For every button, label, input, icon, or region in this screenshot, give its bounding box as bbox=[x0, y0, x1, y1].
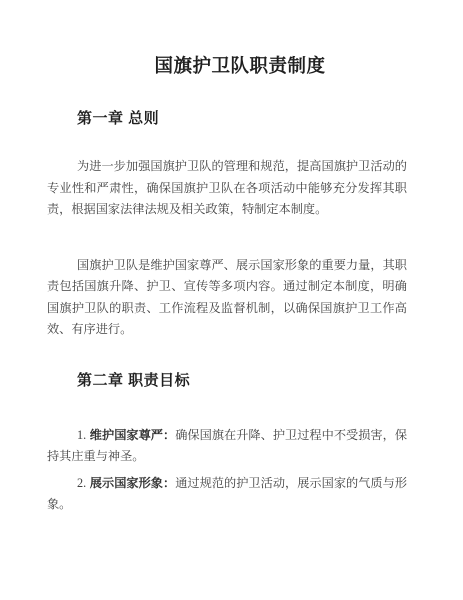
document-page: 国旗护卫队职责制度 第一章 总则 为进一步加强国旗护卫队的管理和规范，提高国旗护… bbox=[0, 0, 463, 600]
item-1-number: 1. bbox=[77, 428, 86, 442]
chapter-1-paragraph-1: 为进一步加强国旗护卫队的管理和规范，提高国旗护卫活动的专业性和严肃性，确保国旗护… bbox=[47, 156, 407, 221]
item-2-label: 展示国家形象： bbox=[90, 476, 175, 490]
chapter-1-paragraph-2: 国旗护卫队是维护国家尊严、展示国家形象的重要力量，其职责包括国旗升降、护卫、宣传… bbox=[47, 255, 407, 341]
item-2-number: 2. bbox=[77, 476, 86, 490]
chapter-1-heading: 第一章 总则 bbox=[47, 109, 407, 129]
document-title: 国旗护卫队职责制度 bbox=[60, 53, 420, 79]
duty-item-2: 2.展示国家形象：通过规范的护卫活动，展示国家的气质与形象。 bbox=[47, 473, 407, 516]
duty-item-1: 1.维护国家尊严：确保国旗在升降、护卫过程中不受损害，保持其庄重与神圣。 bbox=[47, 425, 407, 468]
chapter-2-heading: 第二章 职责目标 bbox=[47, 371, 407, 391]
item-1-label: 维护国家尊严： bbox=[90, 428, 175, 442]
